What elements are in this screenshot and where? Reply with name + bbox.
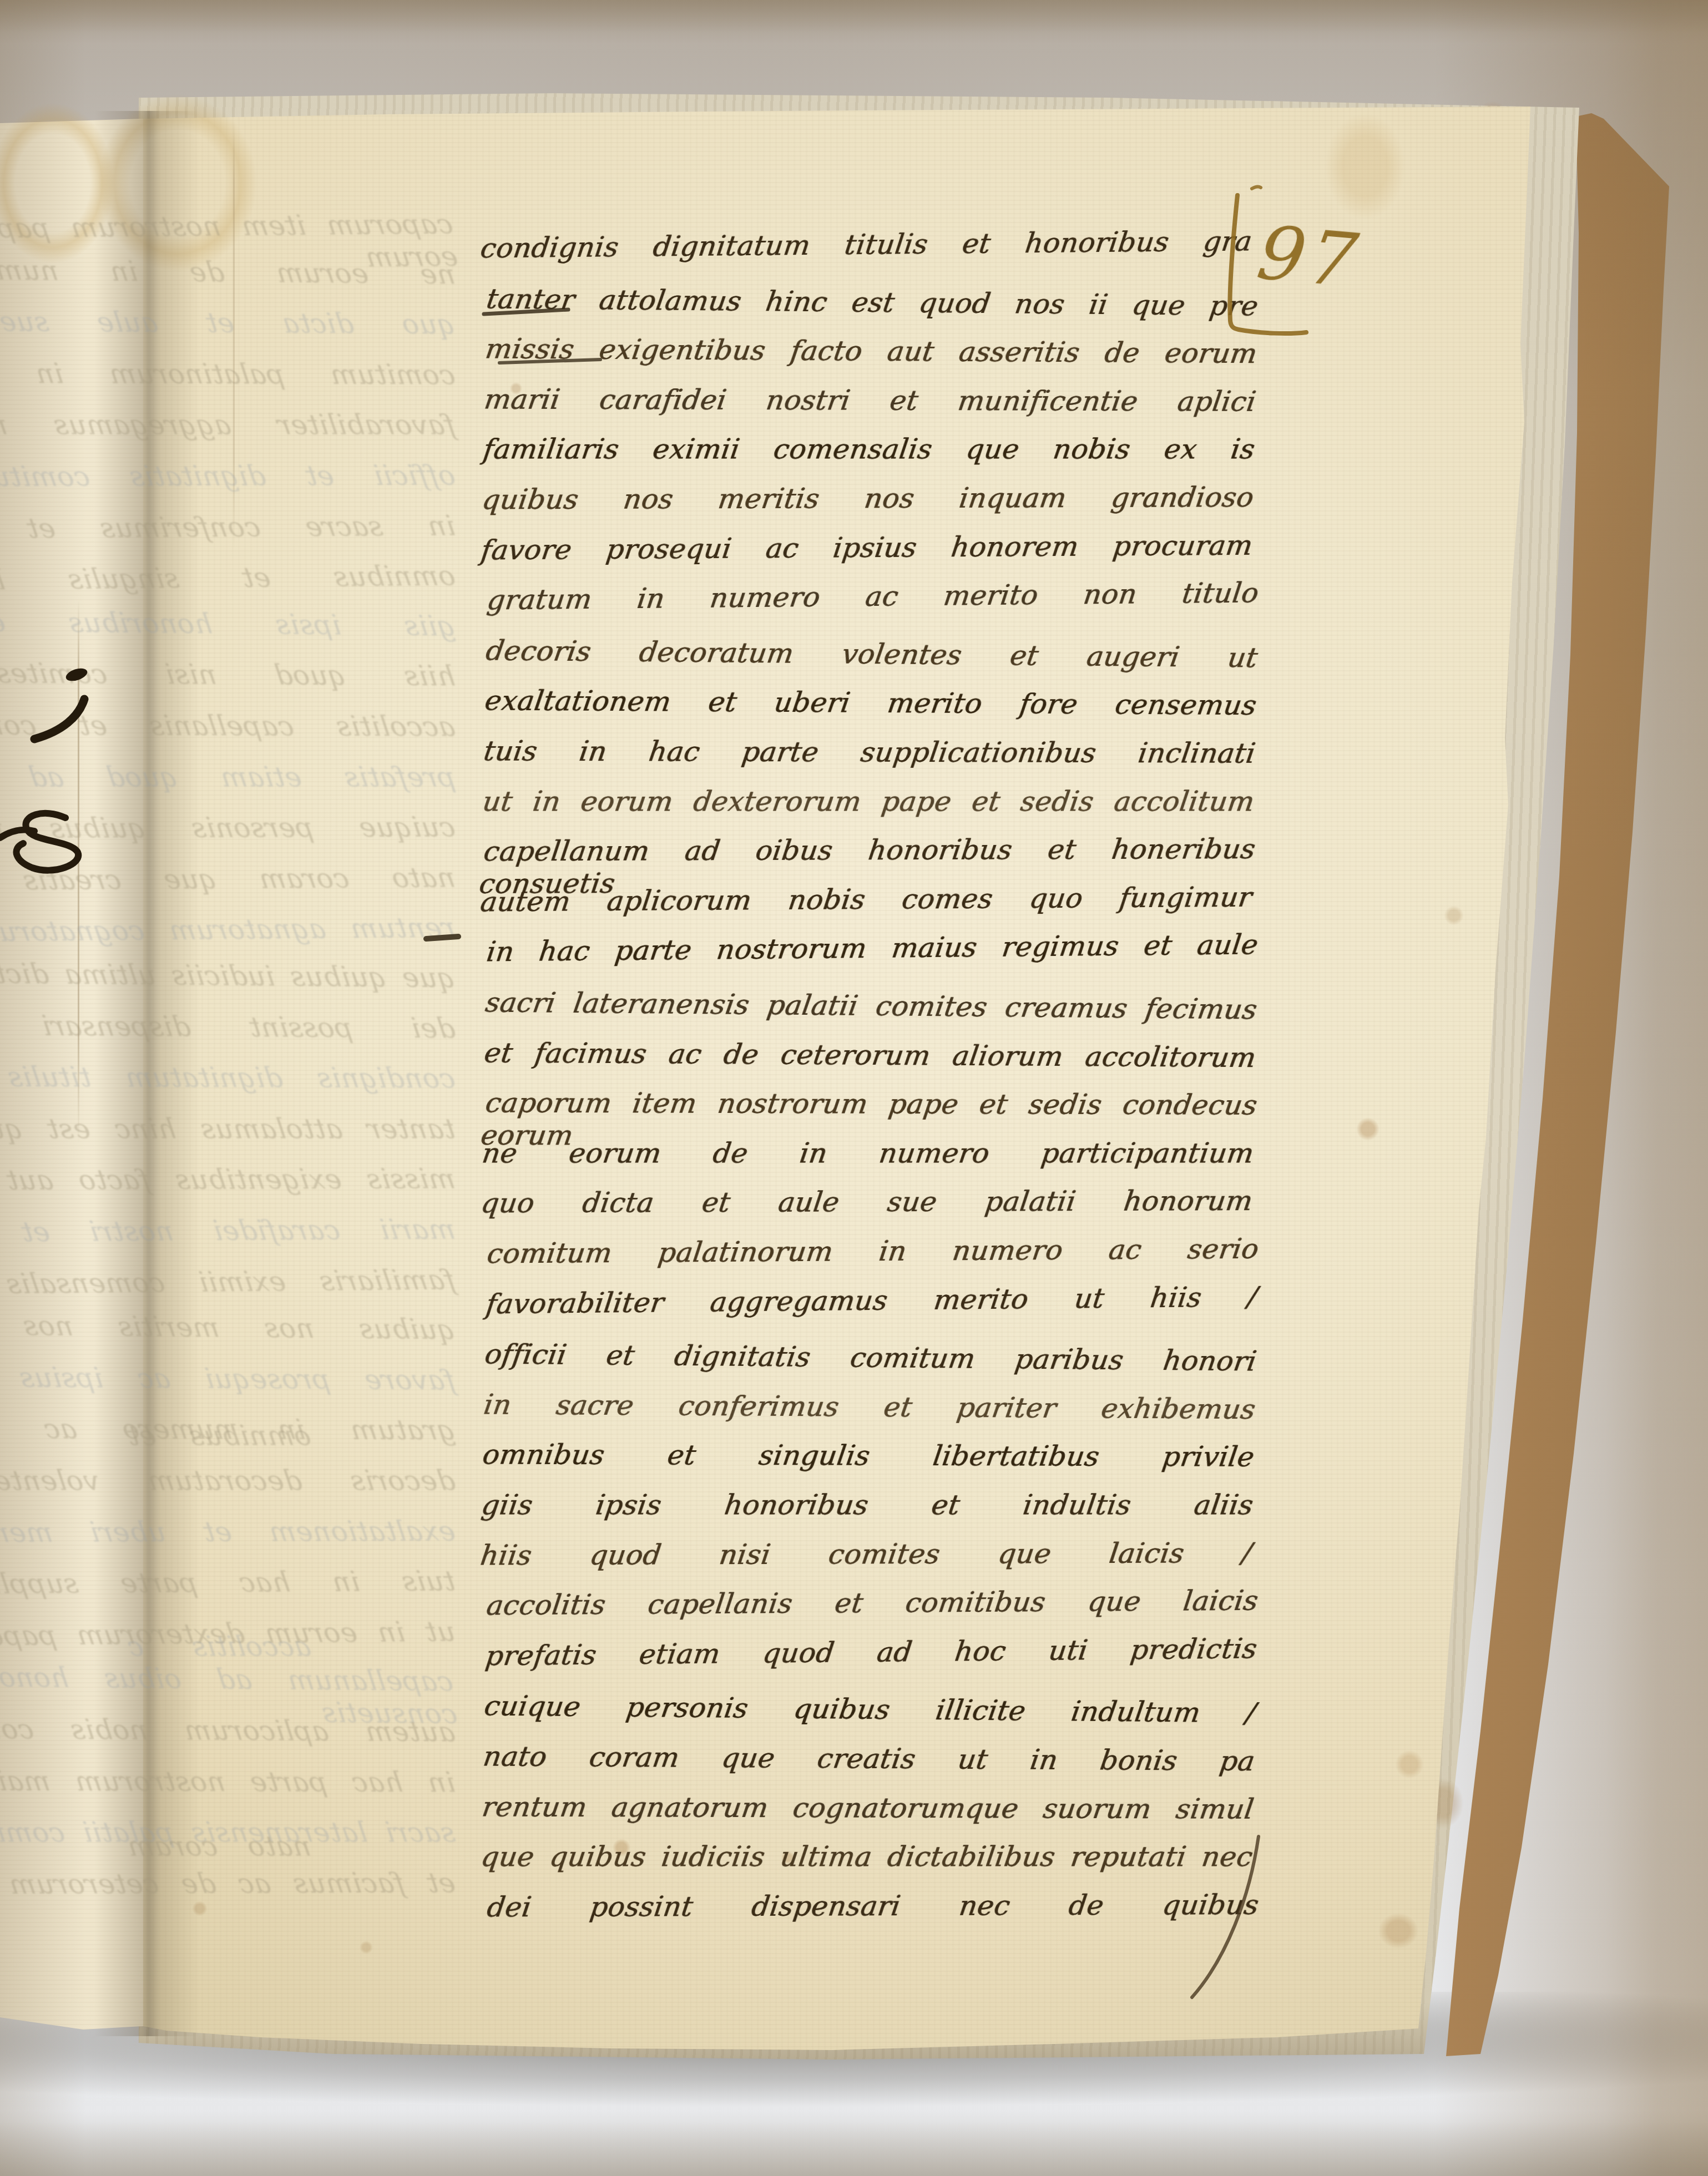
manuscript-line: accolitis capellanis et comitibus que la… — [484, 1585, 1260, 1622]
manuscript-line: rentum agnatorum cognatorumque suorum si… — [480, 1792, 1256, 1826]
manuscript-line: prefatis etiam quod ad hoc uti predictis — [483, 1633, 1259, 1673]
manuscript-line: marii carafidei nostri et munificentie a… — [482, 384, 1258, 418]
manuscript-line: in sacre conferimus et pariter exhibemus — [482, 1389, 1257, 1426]
manuscript-line: cuique personis quibus illicite indultum… — [482, 1691, 1259, 1730]
manuscript-line: giis ipsis honoribus et indultis aliis — [479, 1490, 1255, 1522]
manuscript-line: officii et dignitatis comitum paribus ho… — [483, 1339, 1259, 1378]
manuscript-text-block: condignis dignitatum titulis et honoribu… — [0, 0, 1708, 2176]
manuscript-line: favorabiliter aggregamus merito ut hiis … — [484, 1281, 1259, 1320]
manuscript-line: omnibus et singulis libertatibus privile — [481, 1439, 1256, 1474]
manuscript-line: tuis in hac parte supplicationibus incli… — [482, 736, 1257, 770]
manuscript-line: quo dicta et aule sue palatii honorum — [479, 1186, 1255, 1220]
manuscript-line: decoris decoratum volentes et augeri ut — [484, 635, 1260, 675]
manuscript-line: gratum in numero ac merito non titulo — [485, 578, 1260, 617]
manuscript-line: sacri lateranensis palatii comites cream… — [483, 987, 1260, 1026]
manuscript-line: hiis quod nisi comites que laicis / — [478, 1537, 1254, 1572]
manuscript-line: et facimus ac de ceterorum aliorum accol… — [482, 1038, 1258, 1074]
manuscript-line: in hac parte nostrorum maius regimus et … — [484, 929, 1260, 969]
manuscript-line: autem aplicorum nobis comes quo fungimur — [478, 882, 1254, 918]
manuscript-line: condignis dignitatum titulis et honoribu… — [478, 226, 1254, 265]
manuscript-line: quibus nos meritis nos inquam grandioso — [480, 482, 1256, 517]
manuscript-line: dei possint dispensari nec de quibus — [485, 1889, 1261, 1924]
scanned-manuscript-page: caporum item nostrorum pape et sedis con… — [0, 0, 1708, 2176]
manuscript-line: nato coram que creatis ut in bonis pa — [481, 1741, 1257, 1778]
manuscript-line: que quibus iudiciis ultima dictabilibus … — [479, 1841, 1255, 1874]
manuscript-line: exaltationem et uberi merito fore censem… — [483, 685, 1259, 722]
manuscript-line: missis exigentibus facto aut asseritis d… — [483, 333, 1259, 370]
manuscript-line: tanter attolamus hinc est quod nos ii qu… — [484, 284, 1261, 323]
manuscript-line: favore prosequi ac ipsius honorem procur… — [479, 530, 1255, 566]
manuscript-line: ut in eorum dexterorum pape et sedis acc… — [481, 786, 1256, 818]
manuscript-line: familiaris eximii comensalis que nobis e… — [481, 434, 1257, 466]
manuscript-line: comitum palatinorum in numero ac serio — [485, 1233, 1261, 1270]
folio-number: 97 — [1253, 217, 1366, 298]
manuscript-line: ne eorum de in numero participantium — [480, 1138, 1256, 1170]
